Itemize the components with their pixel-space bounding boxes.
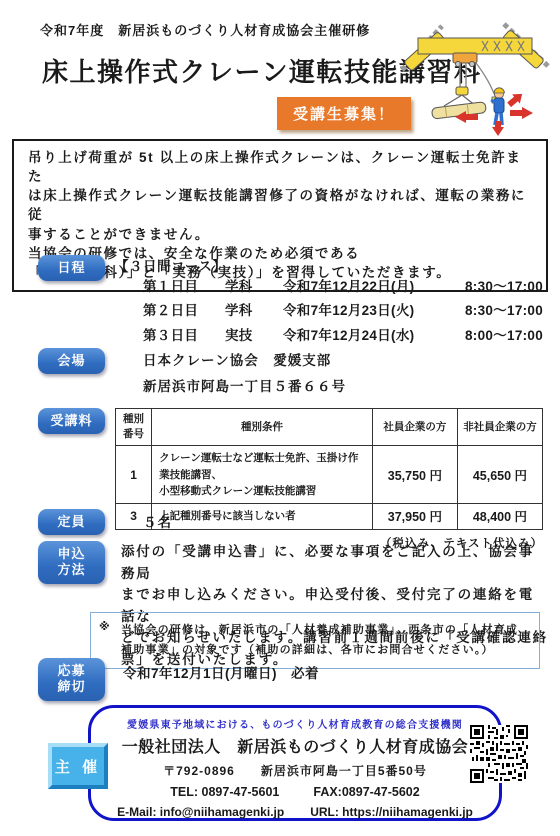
- schedule-day: 第２日目: [143, 299, 225, 323]
- program-subtitle: 令和7年度 新居浜ものづくり人材育成協会主催研修: [40, 20, 370, 39]
- organizer-address: 〒792-0896 新居浜市阿島一丁目5番50号: [91, 762, 499, 779]
- schedule-date: 令和7年12月24日(水): [283, 324, 465, 348]
- flyer-page: 令和7年度 新居浜ものづくり人材育成協会主催研修 床上操作式クレーン運転技能講習…: [0, 0, 560, 836]
- schedule-type: 学科: [225, 275, 283, 299]
- organizer-netinfo-row: E-Mail: info@niihamagenki.jp URL: https:…: [91, 805, 499, 819]
- course-title: 【３日間コース】: [115, 255, 548, 275]
- schedule-label: 日程: [38, 255, 105, 281]
- note-marker: ※: [99, 620, 121, 661]
- fee-nonmember-price: 45,650 円: [457, 446, 542, 504]
- fee-member-price: 35,750 円: [372, 446, 457, 504]
- organizer-label: 主 催: [48, 743, 108, 789]
- organizer-email: E-Mail: info@niihamagenki.jp: [117, 805, 284, 819]
- venue-name: 日本クレーン協会 愛媛支部: [143, 348, 548, 374]
- schedule-time: 8:00～17:00: [465, 324, 543, 348]
- section-venue: 会場 日本クレーン協会 愛媛支部 新居浜市阿島一丁目５番６６号: [38, 348, 548, 401]
- recruiting-badge: 受講生募集！: [277, 97, 411, 130]
- section-deadline: 応募 締切 令和7年12月1日(月曜日) 必着: [38, 658, 548, 701]
- deadline-label: 応募 締切: [38, 658, 105, 701]
- capacity-label: 定員: [38, 509, 105, 535]
- organizer-fax: FAX:0897-47-5602: [313, 785, 419, 799]
- fee-header-member: 社員企業の方: [372, 409, 457, 446]
- organizer-box: 愛媛県東予地域における、ものづくり人材育成教育の総合支援機関 一般社団法人 新居…: [88, 705, 502, 821]
- schedule-day: 第１日目: [143, 275, 225, 299]
- section-schedule: 日程 【３日間コース】 第１日目 学科 令和7年12月22日(月) 8:30～1…: [38, 255, 548, 348]
- organizer-tel: TEL: 0897-47-5601: [170, 785, 279, 799]
- organizer-url: URL: https://niihamagenki.jp: [310, 805, 473, 819]
- fee-no: 1: [116, 446, 152, 504]
- organizer-contact-row: TEL: 0897-47-5601 FAX:0897-47-5602: [91, 785, 499, 799]
- schedule-type: 実技: [225, 324, 283, 348]
- venue-address: 新居浜市阿島一丁目５番６６号: [143, 374, 548, 400]
- organizer-tagline: 愛媛県東予地域における、ものづくり人材育成教育の総合支援機関: [91, 716, 499, 731]
- fee-label: 受講料: [38, 408, 105, 434]
- fee-header-no: 種別 番号: [116, 409, 152, 446]
- fee-header-nonmember: 非社員企業の方: [457, 409, 542, 446]
- schedule-row: 第３日目 実技 令和7年12月24日(水) 8:00～17:00: [115, 324, 548, 348]
- schedule-date: 令和7年12月22日(月): [283, 275, 465, 299]
- schedule-time: 8:30～17:00: [465, 275, 543, 299]
- fee-header-condition: 種別条件: [152, 409, 373, 446]
- schedule-time: 8:30～17:00: [465, 299, 543, 323]
- venue-label: 会場: [38, 348, 105, 374]
- schedule-row: 第１日目 学科 令和7年12月22日(月) 8:30～17:00: [115, 275, 548, 299]
- capacity-value: ５名: [143, 509, 548, 536]
- schedule-row: 第２日目 学科 令和7年12月23日(火) 8:30～17:00: [115, 299, 548, 323]
- subsidy-note-text: 当協会の研修は、新居浜市の「人材養成補助事業」、西条市の「人材育成 補助事業」の…: [121, 620, 518, 661]
- section-capacity: 定員 ５名: [38, 509, 548, 536]
- overhead-crane-illustration: [398, 16, 550, 136]
- fee-header-row: 種別 番号 種別条件 社員企業の方 非社員企業の方: [116, 409, 543, 446]
- organizer-name: 一般社団法人 新居浜ものづくり人材育成協会: [91, 734, 499, 757]
- footer: 愛媛県東予地域における、ものづくり人材育成教育の総合支援機関 一般社団法人 新居…: [30, 703, 530, 829]
- application-label: 申込 方法: [38, 541, 105, 584]
- deadline-value: 令和7年12月1日(月曜日) 必着: [123, 658, 548, 690]
- schedule-type: 学科: [225, 299, 283, 323]
- fee-condition: クレーン運転士など運転士免許、玉掛け作業技能講習、 小型移動式クレーン運転技能講…: [152, 446, 373, 504]
- schedule-date: 令和7年12月23日(火): [283, 299, 465, 323]
- fee-row: 1 クレーン運転士など運転士免許、玉掛け作業技能講習、 小型移動式クレーン運転技…: [116, 446, 543, 504]
- qr-code: [470, 725, 528, 783]
- schedule-day: 第３日目: [143, 324, 225, 348]
